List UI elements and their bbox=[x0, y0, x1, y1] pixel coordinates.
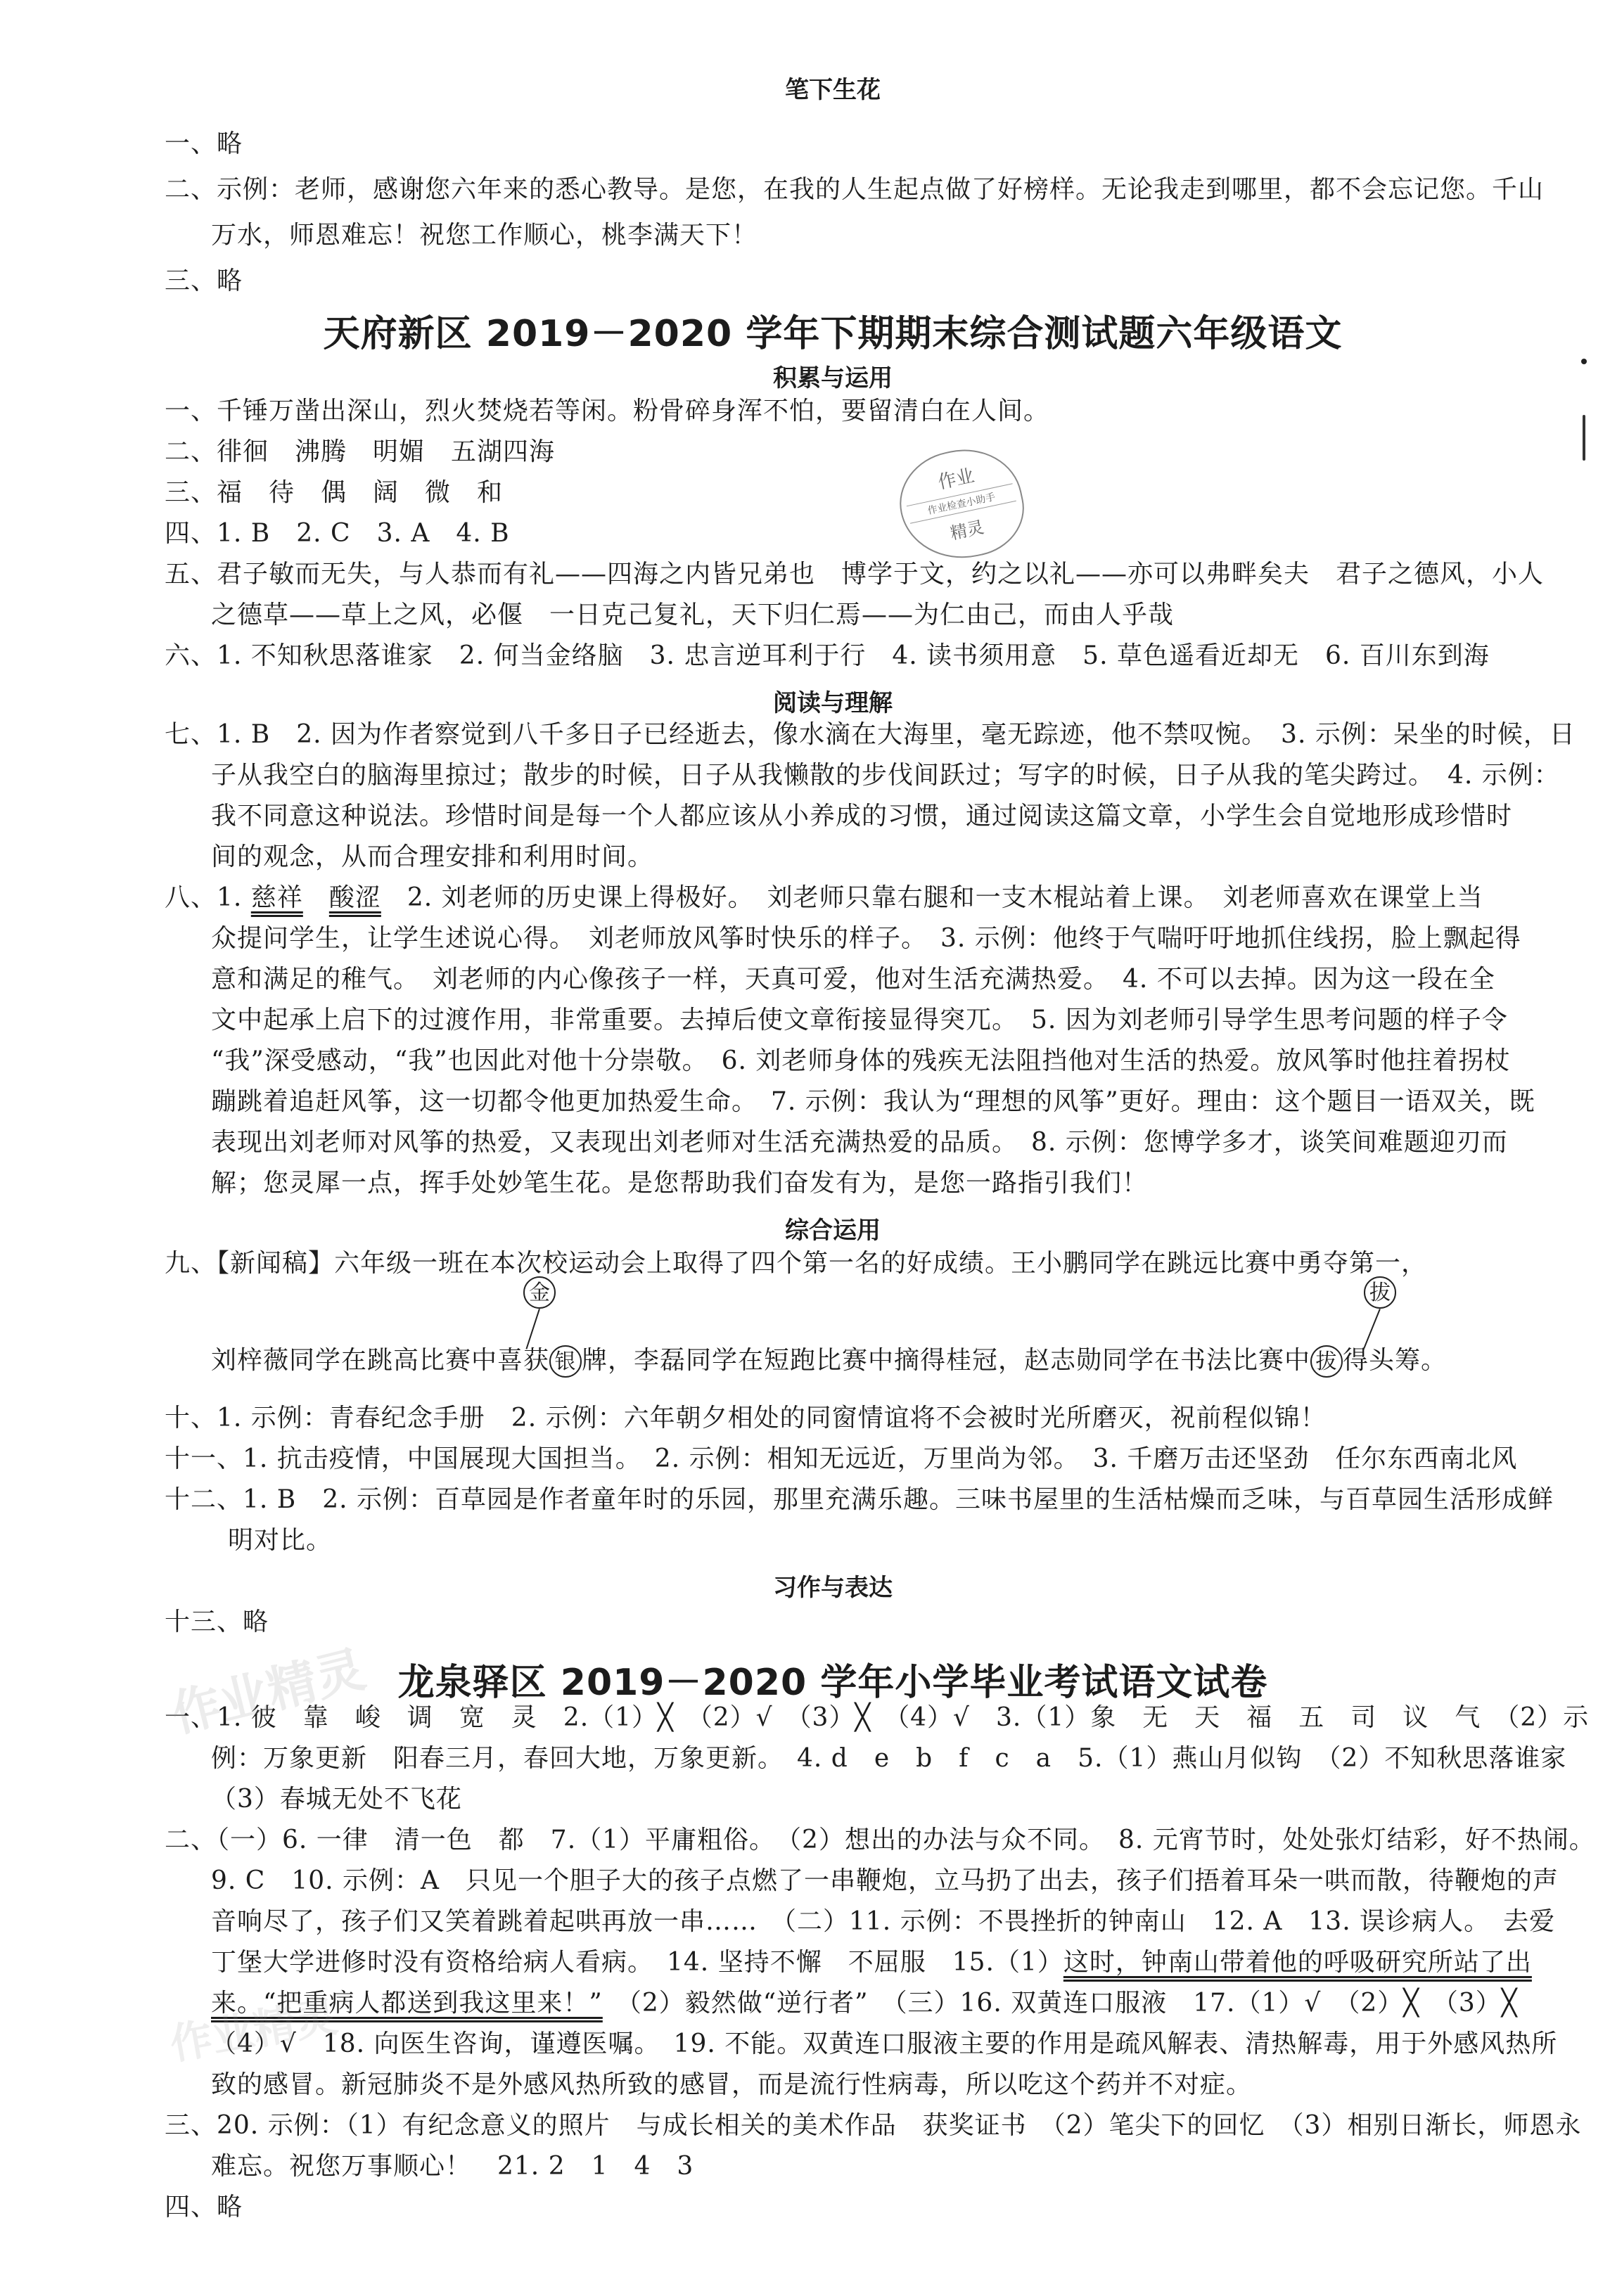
answer-key-page: 笔下生花 一、略 二、示例：老师，感谢您六年来的悉心教导。是您，在我的人生起点做… bbox=[0, 0, 1610, 2296]
answer-line: 我不同意这种说法。珍惜时间是每一个人都应该从小养成的习惯，通过阅读这篇文章，小学… bbox=[211, 799, 1512, 834]
answer-line: 十、1. 示例：青春纪念手册 2. 示例：六年朝夕相处的同窗情谊将不会被时光所磨… bbox=[165, 1401, 1327, 1436]
answer-line: 表现出刘老师对风筝的热爱，又表现出刘老师对生活充满热爱的品质。 8. 示例：您博… bbox=[211, 1125, 1508, 1160]
answer-line: 众提问学生，让学生述说心得。 刘老师放风筝时快乐的样子。 3. 示例：他终于气喘… bbox=[211, 921, 1521, 956]
answer-line-q15: 丁堡大学进修时没有资格给病人看病。 14. 坚持不懈 不屈服 15.（1）这时，… bbox=[211, 1945, 1532, 1980]
answer-line: 七、1. B 2. 因为作者察觉到八千多日子已经逝去，像水滴在大海里，毫无踪迹，… bbox=[165, 717, 1576, 752]
answer-line: 四、1. B 2. C 3. A 4. B bbox=[165, 516, 510, 551]
homework-stamp: 作业 作业检查小助手 精灵 bbox=[890, 439, 1033, 570]
section-heading-yuedu: 阅读与理解 bbox=[165, 684, 1501, 718]
answer-line: 一、1. 彼 靠 峻 调 宽 灵 2.（1）╳ （2）√ （3）╳ （4）√ 3… bbox=[165, 1700, 1589, 1736]
circled-corrected-char: 拔 bbox=[1364, 1276, 1396, 1309]
answer-line: 致的感冒。新冠肺炎不是外感风热所致的感冒，而是流行性病毒，所以吃这个药并不对症。 bbox=[211, 2067, 1252, 2103]
answer-line: 九、【新闻稿】六年级一班在本次校运动会上取得了四个第一名的好成绩。王小鹏同学在跳… bbox=[165, 1246, 1427, 1281]
answer-line: （4）√ 18. 向医生咨询，谨遵医嘱。 19. 不能。双黄连口服液主要的作用是… bbox=[211, 2027, 1557, 2062]
answer-line: 一、千锤万凿出深山，烈火焚烧若等闲。粉骨碎身浑不怕，要留清白在人间。 bbox=[165, 394, 1049, 429]
scan-bar bbox=[1583, 415, 1585, 461]
answer-text: 丁堡大学进修时没有资格给病人看病。 14. 坚持不懈 不屈服 15.（1） bbox=[211, 1948, 1063, 1977]
answer-line: 二、示例：老师，感谢您六年来的悉心教导。是您，在我的人生起点做了好榜样。无论我走… bbox=[165, 172, 1544, 207]
answer-line: 意和满足的稚气。 刘老师的内心像孩子一样，天真可爱，他对生活充满热爱。 4. 不… bbox=[211, 962, 1495, 997]
underlined-sentence: 这时，钟南山带着他的呼吸研究所站了出 bbox=[1063, 1948, 1532, 1977]
answer-line: 三、20. 示例：（1）有纪念意义的照片 与成长相关的美术作品 获奖证书 （2）… bbox=[165, 2108, 1581, 2143]
answer-line: 蹦跳着追赶风筝，这一切都令他更加热爱生命。 7. 示例：我认为“理想的风筝”更好… bbox=[211, 1084, 1535, 1120]
answer-line: 难忘。祝您万事顺心！ 21. 2 1 4 3 bbox=[211, 2149, 694, 2184]
answer-line: 明对比。 bbox=[228, 1523, 332, 1558]
answer-line: 三、略 bbox=[165, 264, 243, 299]
answer-line: 9. C 10. 示例：A 只见一个胆子大的孩子点燃了一串鞭炮，立马扔了出去，孩… bbox=[211, 1864, 1559, 1899]
answer-text: （2）毅然做“逆行者” （三）16. 双黄连口服液 17.（1）√ （2）╳ （… bbox=[603, 1989, 1518, 2018]
answer-line: 万水，师恩难忘！祝您工作顺心，桃李满天下！ bbox=[211, 218, 758, 253]
answer-line: 例：万象更新 阳春三月，春回大地，万象更新。 4. d e b f c a 5.… bbox=[211, 1741, 1566, 1776]
answer-line: 二、徘徊 沸腾 明媚 五湖四海 bbox=[165, 435, 555, 470]
circled-corrected-char: 金 bbox=[523, 1276, 556, 1309]
section-heading-zonghe: 综合运用 bbox=[165, 1211, 1501, 1245]
underlined-word: 酸涩 bbox=[329, 883, 381, 912]
circled-original-char: 银 bbox=[549, 1345, 582, 1378]
answer-text: 得头筹。 bbox=[1343, 1346, 1447, 1375]
answer-line: 二、（一）6. 一律 清一色 都 7.（1）平庸粗俗。 （2）想出的办法与众不同… bbox=[165, 1823, 1595, 1858]
scan-artifact bbox=[1581, 359, 1588, 464]
answer-text: 牌，李磊同学在短跑比赛中摘得桂冠，赵志勋同学在书法比赛中 bbox=[582, 1346, 1310, 1375]
answer-line: 解；您灵犀一点，挥手处妙笔生花。是您帮助我们奋发有为，是您一路指引我们！ bbox=[211, 1166, 1148, 1201]
answer-line: 文中起承上启下的过渡作用，非常重要。去掉后使文章衔接显得突兀。 5. 因为刘老师… bbox=[211, 1003, 1508, 1038]
answer-line: 六、1. 不知秋思落谁家 2. 何当金络脑 3. 忠言逆耳利于行 4. 读书须用… bbox=[165, 639, 1490, 674]
answer-line-corrected: 刘梓薇同学在跳高比赛中喜获银牌，李磊同学在短跑比赛中摘得桂冠，赵志勋同学在书法比… bbox=[211, 1343, 1447, 1378]
section-heading-bixiashenghua: 笔下生花 bbox=[165, 70, 1501, 105]
answer-text: 刘梓薇同学在跳高比赛中喜获 bbox=[211, 1346, 549, 1375]
exam-title-tianfu: 天府新区 2019－2020 学年下期期末综合测试题六年级语文 bbox=[165, 304, 1501, 357]
answer-line: 之德草——草上之风，必偃 一日克己复礼，天下归仁焉——为仁由己，而由人乎哉 bbox=[211, 598, 1174, 633]
answer-line: 四、略 bbox=[165, 2190, 243, 2225]
answer-line: 十三、略 bbox=[165, 1605, 269, 1640]
answer-line: 间的观念，从而合理安排和利用时间。 bbox=[211, 840, 653, 875]
answer-line: 十二、1. B 2. 示例：百草园是作者童年时的乐园，那里充满乐趣。三味书屋里的… bbox=[165, 1482, 1554, 1518]
answer-line: 三、福 待 偶 阔 微 和 bbox=[165, 475, 503, 511]
answer-line-q8: 八、1. 慈祥 酸涩 2. 刘老师的历史课上得极好。 刘老师只靠右腿和一支木棍站… bbox=[165, 880, 1483, 916]
section-heading-jilei: 积累与运用 bbox=[165, 359, 1501, 393]
answer-line: 子从我空白的脑海里掠过；散步的时候，日子从我懒散的步伐间跃过；写字的时候，日子从… bbox=[211, 758, 1560, 793]
answer-line-q15-cont: 来。“把重病人都送到我这里来！” （2）毅然做“逆行者” （三）16. 双黄连口… bbox=[211, 1986, 1517, 2021]
underlined-word: 慈祥 bbox=[251, 883, 303, 912]
question-label: 八、1. bbox=[165, 883, 251, 912]
scan-dot bbox=[1581, 359, 1587, 364]
answer-line: 十一、1. 抗击疫情，中国展现大国担当。 2. 示例：相知无远近，万里尚为邻。 … bbox=[165, 1442, 1517, 1477]
correction-line bbox=[1364, 1309, 1381, 1348]
answer-text: 2. 刘老师的历史课上得极好。 刘老师只靠右腿和一支木棍站着上课。 刘老师喜欢在… bbox=[381, 883, 1483, 912]
answer-line: 五、君子敏而无失，与人恭而有礼——四海之内皆兄弟也 博学于文，约之以礼——亦可以… bbox=[165, 557, 1544, 592]
answer-line: 音响尽了，孩子们又笑着跳着起哄再放一串…… （二）11. 示例：不畏挫折的钟南山… bbox=[211, 1904, 1555, 1939]
circled-original-char: 拔 bbox=[1310, 1345, 1343, 1378]
answer-line: （3）春城无处不飞花 bbox=[211, 1782, 462, 1817]
answer-line: “我”深受感动，“我”也因此对他十分崇敬。 6. 刘老师身体的残疾无法阻挡他对生… bbox=[211, 1044, 1510, 1079]
section-heading-xizuo: 习作与表达 bbox=[165, 1568, 1501, 1603]
answer-line: 一、略 bbox=[165, 127, 243, 162]
